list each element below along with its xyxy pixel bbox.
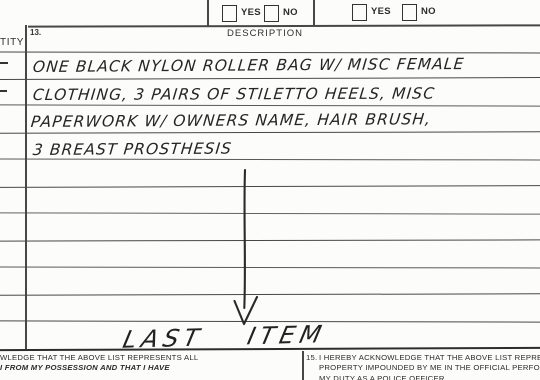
- ruled-line: [0, 239, 540, 241]
- ruled-line: [0, 77, 540, 80]
- quantity-mark: [0, 62, 8, 64]
- quantity-column-header: TITY: [0, 37, 24, 48]
- acknowledgment-right-line: I HEREBY ACKNOWLEDGE THAT THE ABOVE LIST…: [319, 353, 540, 362]
- table-bottom-border: [0, 347, 540, 352]
- footer-divider: [302, 351, 304, 380]
- acknowledgment-left-line: I FROM MY POSSESSION AND THAT I HAVE: [0, 363, 170, 372]
- handwritten-line: PAPERWORK W/ OWNERS NAME, HAIR BRUSH,: [30, 110, 432, 131]
- ruled-line: [0, 131, 540, 134]
- no-checkbox: [402, 4, 417, 21]
- handwritten-line: 3 BREAST PROSTHESIS: [32, 140, 233, 159]
- acknowledgment-right-line: MY DUTY AS A POLICE OFFICER: [319, 374, 445, 380]
- ruled-line: [0, 212, 540, 215]
- checkbox-label: NO: [421, 6, 436, 17]
- ruled-line: [0, 293, 540, 296]
- acknowledgment-right-line: PROPERTY IMPOUNDED BY ME IN THE OFFICIAL…: [319, 363, 540, 372]
- section-top-border: [28, 24, 540, 27]
- scanned-property-report: YES NO YES NO 13. DESCRIPTION TITY ONE B…: [0, 0, 540, 380]
- header-bottom-border: [0, 52, 540, 54]
- handwritten-line: ONE BLACK NYLON ROLLER BAG W/ MISC FEMAL…: [32, 55, 465, 76]
- cell-divider: [207, 0, 209, 26]
- acknowledgment-left-line: WLEDGE THAT THE ABOVE LIST REPRESENTS AL…: [0, 353, 198, 362]
- ruled-line: [0, 159, 540, 161]
- no-checkbox: [264, 5, 279, 22]
- checkbox-label: NO: [283, 7, 298, 18]
- yes-checkbox: [222, 5, 237, 22]
- down-arrow-icon: [230, 168, 264, 328]
- statement-number: 15.: [306, 353, 317, 362]
- checkbox-label: YES: [371, 6, 391, 17]
- last-item-word: ITEM: [245, 320, 329, 350]
- cell-divider: [313, 0, 315, 26]
- ruled-line: [0, 104, 540, 106]
- checkbox-label: YES: [241, 7, 261, 18]
- ruled-line: [0, 267, 540, 269]
- yes-checkbox: [352, 4, 367, 21]
- description-column-header: DESCRIPTION: [25, 28, 505, 39]
- handwritten-line: CLOTHING, 3 PAIRS OF STILETTO HEELS, MIS…: [32, 85, 436, 104]
- quantity-mark: [0, 90, 7, 92]
- ruled-line: [0, 185, 540, 188]
